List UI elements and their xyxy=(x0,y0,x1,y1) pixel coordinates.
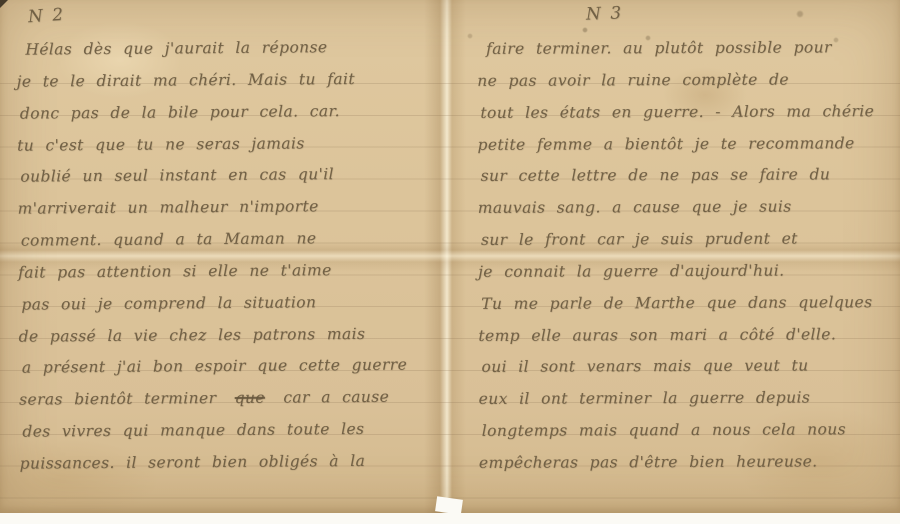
letter-page-left: Hélas dès que j'aurait la réponse je te … xyxy=(16,31,437,480)
letter-page-right: faire terminer. au plutôt possible pour … xyxy=(477,32,897,480)
letter-line: oui il sont venars mais que veut tu xyxy=(481,351,896,385)
letter-line: tout les états en guerre. - Alors ma ché… xyxy=(480,96,895,130)
letter-line: m'arriverait un malheur n'importe xyxy=(18,191,436,226)
letter-line: mauvais sang. a cause que je suis xyxy=(478,191,896,225)
letter-line: tu c'est que tu ne seras jamais xyxy=(17,127,435,162)
letter-line: Hélas dès que j'aurait la réponse xyxy=(25,31,434,66)
letter-line: puissances. il seront bien obligés à la xyxy=(20,445,438,480)
letter-line: Tu me parle de Marthe que dans quelques xyxy=(481,287,896,321)
line-text: car a cause xyxy=(283,388,389,407)
letter-line: sur cette lettre de ne pas se faire du xyxy=(481,159,896,193)
letter-line: de passé la vie chez les patrons mais xyxy=(19,318,437,353)
letter-line: je te le dirait ma chéri. Mais tu fait xyxy=(17,63,435,98)
letter-line-with-correction: seras bientôt terminer que car a cause xyxy=(19,382,437,417)
letter-line: faire terminer. au plutôt possible pour xyxy=(486,32,895,66)
letter-line: pas oui je comprend la situation xyxy=(21,286,436,321)
page-number-right: N 3 xyxy=(586,3,624,24)
letter-line: des vivres qui manque dans toute les xyxy=(22,413,437,448)
letter-line: comment. quand a ta Maman ne xyxy=(21,222,436,257)
crossed-out-word: que xyxy=(235,389,265,407)
letter-line: a présent j'ai bon espoir que cette guer… xyxy=(22,350,437,385)
letter-line: petite femme a bientôt je te recommande xyxy=(477,128,895,162)
letter-line: ne pas avoir la ruine complète de xyxy=(477,64,895,98)
letter-scan: N 2 N 3 Hélas dès que j'aurait la répons… xyxy=(0,0,900,524)
letter-line: donc pas de la bile pour cela. car. xyxy=(20,95,435,130)
line-text: seras bientôt terminer xyxy=(19,389,216,409)
page-number-left: N 2 xyxy=(27,5,65,28)
letter-line: longtemps mais quand a nous cela nous xyxy=(482,414,897,448)
letter-line: eux il ont terminer la guerre depuis xyxy=(479,382,897,416)
letter-line: empêcheras pas d'être bien heureuse. xyxy=(479,446,897,480)
letter-line: fait pas attention si elle ne t'aime xyxy=(18,254,436,289)
torn-corner xyxy=(0,0,8,8)
letter-line: oublié un seul instant en cas qu'il xyxy=(20,159,435,194)
letter-line: temp elle auras son mari a côté d'elle. xyxy=(478,319,896,353)
letter-line: sur le front car je suis prudent et xyxy=(481,223,896,257)
letter-line: je connait la guerre d'aujourd'hui. xyxy=(478,255,896,289)
